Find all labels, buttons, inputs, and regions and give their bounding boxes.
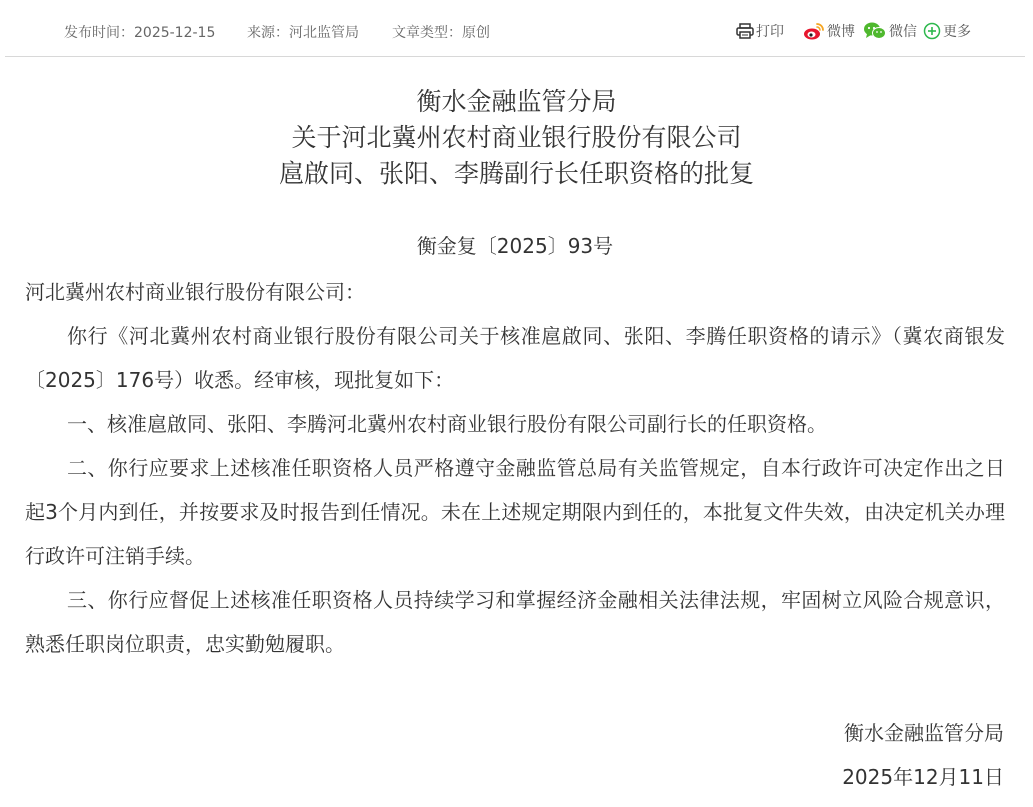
publish-time: 发布时间：2025-12-15 (64, 22, 215, 42)
source: 来源：河北监管局 (247, 22, 359, 42)
print-label: 打印 (756, 21, 784, 41)
printer-icon (736, 23, 754, 39)
article-meta-bar: 发布时间：2025-12-15 来源：河北监管局 文章类型：原创 打印 微博 (0, 0, 1033, 56)
title-line-1: 衡水金融监管分局 (0, 84, 1033, 120)
weibo-label: 微博 (827, 21, 855, 41)
weibo-icon (803, 22, 825, 40)
plus-circle-icon (923, 22, 941, 40)
wechat-label: 微信 (889, 21, 917, 41)
header-divider (5, 56, 1025, 57)
weibo-share-button[interactable]: 微博 (803, 21, 855, 41)
paragraph-item-2: 二、你行应要求上述核准任职资格人员严格遵守金融监管总局有关监管规定，自本行政许可… (25, 446, 1005, 578)
signature-issuer: 衡水金融监管分局 (844, 717, 1004, 746)
more-share-button[interactable]: 更多 (923, 21, 971, 41)
signature-date: 2025年12月11日 (842, 761, 1004, 790)
title-line-3: 扈啟同、张阳、李腾副行长任职资格的批复 (0, 156, 1033, 192)
wechat-icon (863, 22, 887, 40)
article-type: 文章类型：原创 (392, 22, 490, 42)
document-title: 衡水金融监管分局 关于河北冀州农村商业银行股份有限公司 扈啟同、张阳、李腾副行长… (0, 84, 1033, 192)
print-button[interactable]: 打印 (736, 21, 784, 41)
more-label: 更多 (943, 21, 971, 41)
salutation: 河北冀州农村商业银行股份有限公司： (25, 270, 1005, 314)
paragraph-item-1: 一、核准扈啟同、张阳、李腾河北冀州农村商业银行股份有限公司副行长的任职资格。 (25, 402, 1005, 446)
document-body: 河北冀州农村商业银行股份有限公司： 你行《河北冀州农村商业银行股份有限公司关于核… (25, 270, 1005, 666)
paragraph-intro: 你行《河北冀州农村商业银行股份有限公司关于核准扈啟同、张阳、李腾任职资格的请示》… (25, 314, 1005, 402)
wechat-share-button[interactable]: 微信 (863, 21, 917, 41)
paragraph-item-3: 三、你行应督促上述核准任职资格人员持续学习和掌握经济金融相关法律法规，牢固树立风… (25, 578, 1005, 666)
title-line-2: 关于河北冀州农村商业银行股份有限公司 (0, 120, 1033, 156)
document-number: 衡金复〔2025〕93号 (0, 230, 1030, 259)
